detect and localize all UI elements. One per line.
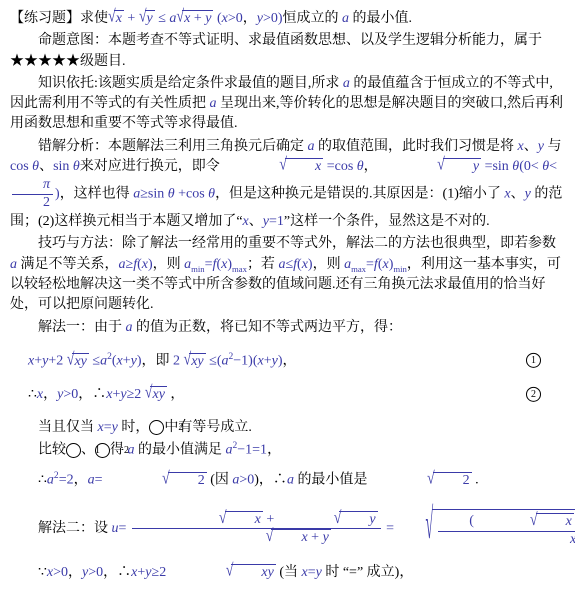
circled-number: 1 [526,353,541,368]
problem-statement: 【练习题】求使√x + √y ≤ a√x + y (x>0，y>0)恒成立的 a… [10,9,563,29]
sqrt-radical: √xy [145,385,167,405]
circled-number: 1 [66,443,81,458]
text-run: 、 [249,214,263,229]
subscript: max [232,263,247,273]
math-roman: (0< [519,159,542,174]
circled-number: 2 [149,420,164,435]
math-roman: + [123,354,131,369]
radical-sign-icon: √ [139,5,147,30]
text-run: ；若 [247,257,279,272]
math-roman: = [205,257,213,272]
math-roman: ≤ [155,11,170,26]
solution2: 解法二：设 u= √x + √y√x + y = √(√x + √y)2x + … [10,509,563,548]
math-variable: x [116,11,122,26]
math-variable: x [315,159,321,174]
math-roman: >0 [228,11,243,26]
math-variable: a [287,473,294,488]
equation-number: 2 [526,385,541,405]
text-run: )，∴ [254,473,287,488]
math-roman: + [263,512,278,527]
math-variable: a [119,257,126,272]
text-run: 的最小值. [349,11,412,26]
math-variable: y [147,11,153,26]
sqrt-radical: √xy [184,352,206,372]
solution1-intro: 解法一：由于 a 的值为正数，将已知不等式两边平方，得： [10,318,563,338]
math-variable: xy [191,354,203,369]
math-variable: θ [357,159,364,174]
text-run: 与 [544,139,562,154]
radical-sign-icon: √ [145,381,153,406]
math-roman: + [264,354,272,369]
sqrt-radical: √2 [371,471,472,491]
radical-sign-icon: √ [399,467,435,492]
math-roman: + [308,530,323,545]
fraction: (√x + √y)2x + y [438,512,575,548]
fraction-denominator: √x + y [132,529,381,547]
radicand: xy [189,353,205,370]
text-run: 解法一：由于 [38,320,126,335]
math-roman: = [308,565,316,580]
solution2-step: ∵x>0，y>0，∴x+y≥2 √xy (当 x=y 时 “=” 成立)， [10,563,563,583]
sqrt-radical: √2 [106,471,207,491]
math-variable: a [88,473,95,488]
math-roman: −1=1 [237,443,267,458]
document-body: 【练习题】求使√x + √y ≤ a√x + y (x>0，y>0)恒成立的 a… [10,9,563,583]
math-variable: a [222,354,229,369]
sqrt-radical: √xy [67,352,89,372]
math-roman: + [34,354,42,369]
document-page: 【练习题】求使√x + √y ≤ a√x + y (x>0，y>0)恒成立的 a… [0,0,575,583]
math-variable: a [210,96,217,111]
math-roman: cos [10,159,32,174]
text-run: . [472,473,479,488]
text-run: 【练习题】求使 [10,11,108,26]
math-roman: >0 [53,565,68,580]
subscript: max [351,263,366,273]
math-roman: = [119,521,130,536]
technique-method: 技巧与方法：除了解法一经常用的重要不等式外，解法二的方法也很典型，即若参数 a … [10,234,563,315]
math-variable: a [10,257,17,272]
text-run: 的取值范围，此时我们习惯是将 [315,139,518,154]
text-run: 恒成立的 [283,11,343,26]
sqrt-radical: √x [163,511,263,529]
math-roman: >0 [63,387,78,402]
text-run: 错解分析：本题解法三利用三角换元后确定 [38,139,308,154]
math-variable: a [342,11,349,26]
equation-number: 1 [526,351,541,371]
text-run: (因 [207,473,233,488]
math-roman: ( [213,11,221,26]
math-variable: a [47,473,54,488]
math-variable: xy [152,387,164,402]
text-run: 解法二：设 [38,521,112,536]
math-roman: ≥2 [127,387,145,402]
sqrt-radical: √x [223,157,323,177]
text-run: 当且仅当 [38,420,98,435]
math-roman: >0) [263,11,283,26]
math-roman: < [549,159,557,174]
math-roman: 2 [43,195,50,210]
math-variable: a [128,443,135,458]
text-run: ，则 [153,257,185,272]
math-variable: a [308,139,315,154]
text-run: 技巧与方法：除了解法一经常用的重要不等式外，解法二的方法也很典型，即若参数 [38,236,556,251]
text-run: ， [364,159,382,174]
solution1-conclusion: ∴a2=2，a= √2 (因 a>0)，∴a 的最小值是 √2 . [10,470,563,491]
text-run: ∴ [28,387,37,402]
radicand: x [225,511,263,528]
text-run: ∴ [38,473,47,488]
radicand: x [536,513,574,530]
radicand: x [285,158,323,175]
math-roman: 2 [173,354,184,369]
text-run: ，这样也得 [60,187,134,202]
text-run: ，但是这种换元是错误的.其原因是：(1)缩小了 [215,187,504,202]
radical-sign-icon: √ [67,348,75,373]
text-run: 来对应进行换元，即令 [80,159,224,174]
math-variable: x [255,512,261,527]
radicand: xy [231,564,275,581]
math-roman: ≤ [89,354,100,369]
math-variable: xy [74,354,86,369]
math-variable: a [343,76,350,91]
circled-number: 2 [95,443,110,458]
text-run: ∵ [38,565,47,580]
text-run: ， [43,387,57,402]
math-roman: = [104,420,112,435]
text-run: 时， [118,420,150,435]
knowledge-basis: 知识依托:该题实质是给定条件求最值的题目,所求 a 的最值蕴含于恒成立的不等式中… [10,74,563,135]
math-roman: + [190,11,205,26]
math-roman: = [95,473,106,488]
subscript: min [393,263,407,273]
radical-sign-icon: √ [176,5,184,30]
text-run: ”这样一个条件，显然这是不对的. [284,214,490,229]
circled-number: 2 [526,387,541,402]
text-run: 的最小值是 [294,473,371,488]
error-analysis: 错解分析：本题解法三利用三角换元后确定 a 的取值范围，此时我们习惯是将 x、y… [10,137,563,232]
exam-intent: 命题意图：本题考查不等式证明、求最值函数思想、以及学生逻辑分析能力，属于★★★★… [10,31,563,72]
text-run: ，∴ [103,565,131,580]
math-roman: sin [53,159,73,174]
text-run: 中有等号成立. [164,420,252,435]
radical-sign-icon: √ [191,509,227,530]
math-roman: =1 [269,214,284,229]
math-roman: ≥2 [152,565,170,580]
text-run: 、 [81,443,95,458]
math-variable: π [43,177,50,192]
radical-sign-icon: √ [398,497,434,560]
radical-sign-icon: √ [409,154,445,179]
radical-sign-icon: √ [184,348,192,373]
sqrt-radical: √y [381,157,481,177]
radical-sign-icon: √ [108,5,116,30]
math-roman: +2 [48,354,66,369]
math-variable: a [226,443,233,458]
text-run: 的最小值满足 [135,443,226,458]
fraction-numerator: π [12,177,53,195]
text-run: 知识依托:该题实质是给定条件求最值的题目,所求 [38,76,343,91]
radical-sign-icon: √ [251,154,287,179]
equality-condition: 当且仅当 x=y 时，2中有等号成立. [10,418,563,438]
text-run: 满足不等关系， [17,257,119,272]
radicand: 2 [433,472,472,489]
math-variable: x [566,514,572,529]
sqrt-radical: √(√x + √y)2x + y [398,509,575,548]
radicand: 2 [168,472,207,489]
math-roman: +cos [175,187,209,202]
radicand: xy [72,353,88,370]
radical-sign-icon: √ [198,559,234,584]
fraction: π2 [12,177,53,212]
sqrt-radical: √y [139,9,155,29]
radicand: (√x + √y)2x + y [432,509,575,548]
text-run: 得 [110,443,128,458]
math-roman: =sin [481,159,512,174]
fraction: √x + √y√x + y [132,511,381,548]
math-roman: ≤ [285,257,293,272]
equation-1: x+y+2 √xy ≤a2(x+y)，即 2 √xy ≤(a2−1)(x+y)，… [10,351,563,372]
text-run: ，则 [313,257,345,272]
text-run: ， [167,387,185,402]
math-variable: y [323,530,329,545]
text-run: (当 [276,565,302,580]
math-roman: =2 [59,473,74,488]
radicand: x + y [271,529,330,546]
text-run: 时 “=” 成立)， [322,565,414,580]
text-run: 、 [39,159,53,174]
text-run: 、 [524,139,538,154]
math-roman: 2 [198,473,205,488]
sqrt-radical: √x + y [210,529,331,547]
compare-equations: 比较1、2得 a 的最小值满足 a2−1=1， [10,440,563,461]
math-roman: =cos [323,159,357,174]
text-run: ， [74,473,88,488]
math-variable: a [126,320,133,335]
subscript: min [191,263,205,273]
math-roman: −1)( [233,354,257,369]
math-variable: a [100,354,107,369]
text-run: 、 [511,187,525,202]
sqrt-radical: √xy [170,563,276,583]
sqrt-radical: √x [108,9,124,29]
radicand: x + y [182,10,213,27]
fraction-denominator: 2 [12,195,53,212]
math-variable: y [473,159,479,174]
sqrt-radical: √y [278,511,378,529]
math-roman: >0 [239,473,254,488]
math-variable: y [369,512,375,527]
math-roman: ≥sin [140,187,168,202]
radical-sign-icon: √ [306,509,342,530]
fraction-numerator: (√x + √y)2 [438,512,575,531]
math-variable: θ [168,187,175,202]
math-variable: a [169,11,176,26]
sqrt-radical: √x + y [176,9,213,29]
math-roman: >0 [88,565,103,580]
text-run: ，即 [142,354,174,369]
math-roman: + [124,11,139,26]
text-run: ， [243,11,257,26]
radicand: y [443,158,481,175]
math-roman: = [366,257,374,272]
text-run: 命题意图：本题考查不等式证明、求最值函数思想、以及学生逻辑分析能力，属于★★★★… [10,33,542,68]
text-run: ， [68,565,82,580]
radical-sign-icon: √ [238,527,274,548]
fraction-denominator: x + y [438,532,575,549]
math-roman: = [383,521,398,536]
math-variable: u [112,521,119,536]
text-run: 比较 [38,443,66,458]
math-variable: θ [73,159,80,174]
radical-sign-icon: √ [502,511,538,532]
radicand: xy [150,386,166,403]
math-variable: y [205,11,211,26]
math-variable: x [570,532,575,547]
radical-sign-icon: √ [134,467,170,492]
math-roman: 2 [463,473,470,488]
radicand: y [339,511,377,528]
text-run: ， [283,354,297,369]
equation-2: ∴x，y>0，∴x+y≥2 √xy ，2 [10,385,563,405]
math-variable: xy [261,565,273,580]
text-run: 的值为正数，将已知不等式两边平方，得： [133,320,403,335]
text-run: ，∴ [78,387,106,402]
sqrt-radical: √x [474,513,574,531]
math-roman: ≤( [206,354,222,369]
text-run: ， [267,443,281,458]
